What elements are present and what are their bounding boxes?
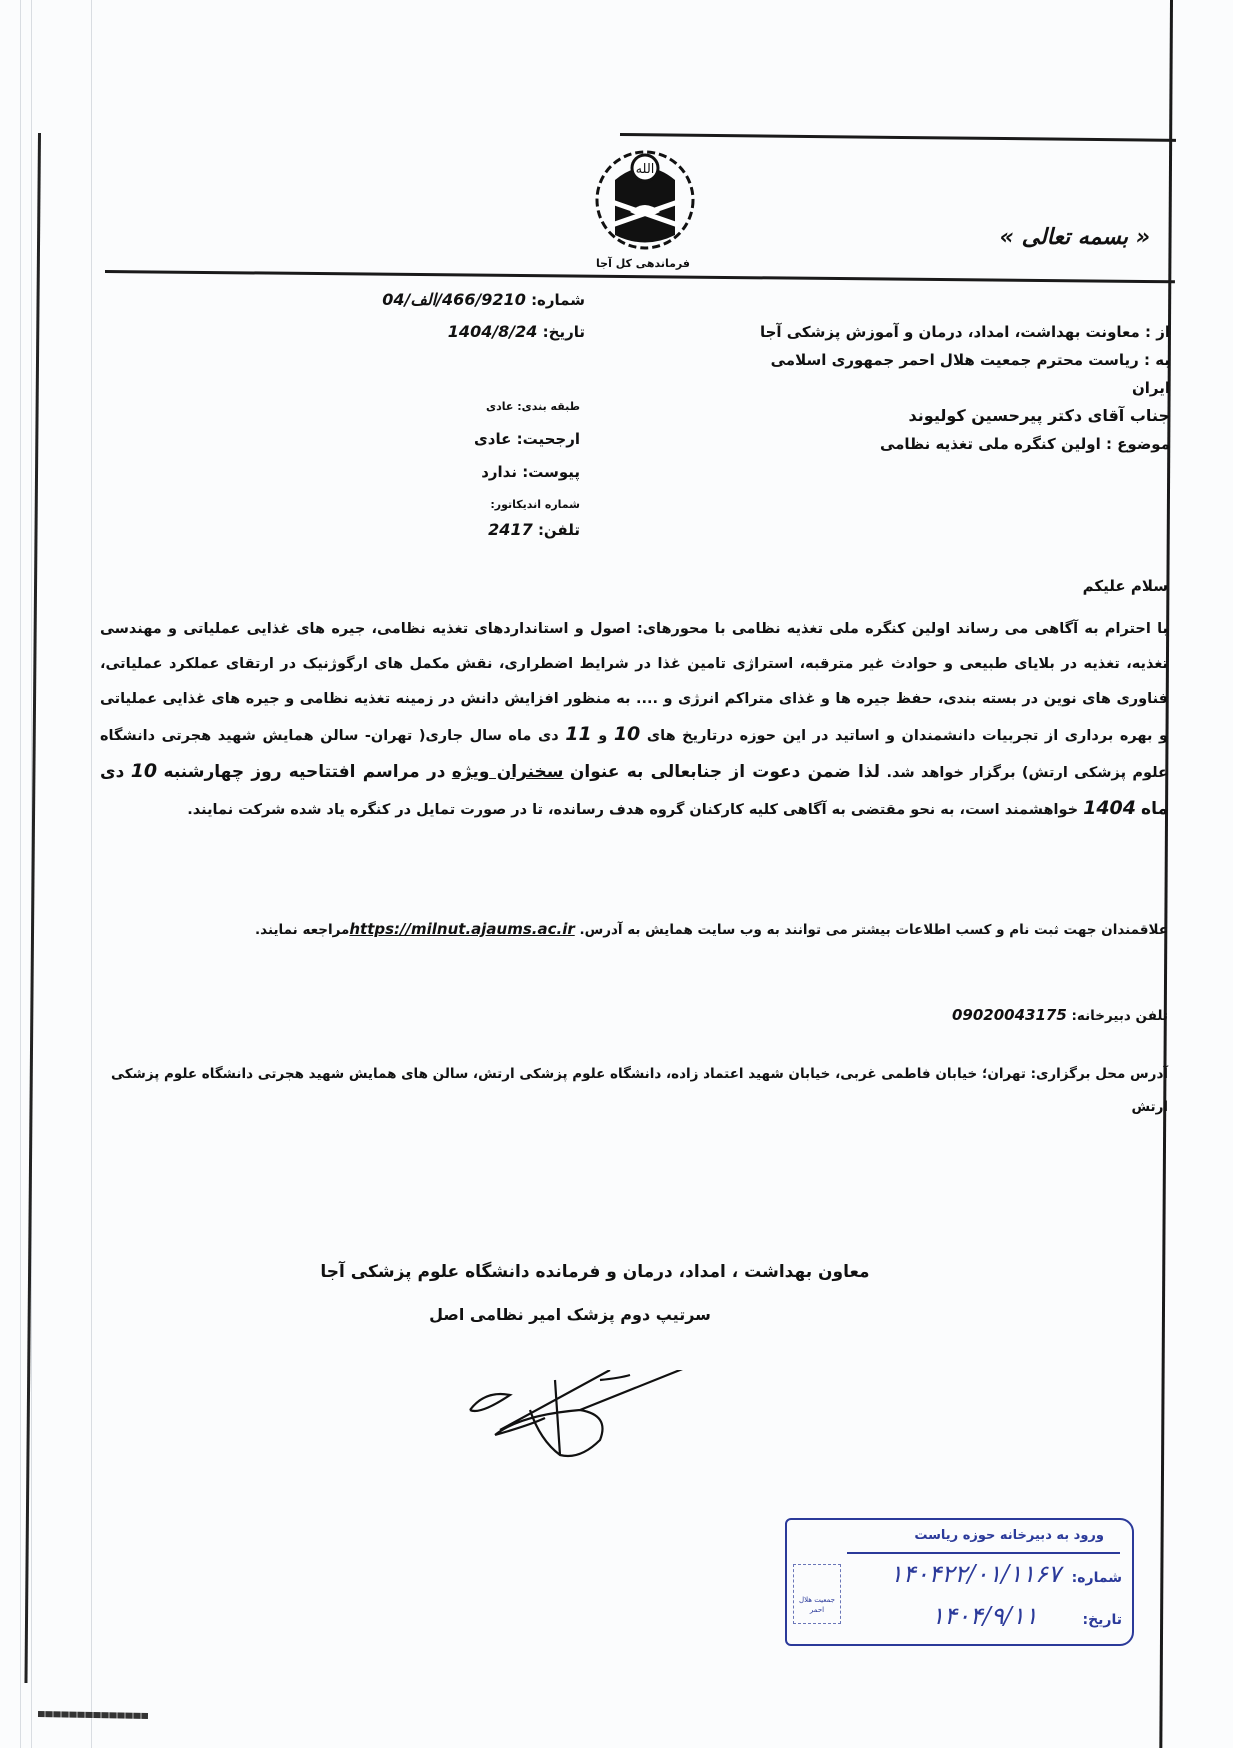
registration-prefix: علاقمندان جهت ثبت نام و کسب اطلاعات بیشت… [579,922,1168,938]
stamp-logo-caption: جمعیت هلال احمر [799,1596,835,1614]
body-text-4: در مراسم افتتاحیه روز چهارشنبه [164,762,446,782]
stamp-divider [847,1552,1120,1554]
stamp-date-label: تاریخ: [1082,1612,1122,1628]
header-rule [105,270,1175,283]
special-speaker: سخنران ویژه [452,762,564,782]
classification-label: طبقه بندی: [517,400,580,413]
stamp-title: ورود به دبیرخانه حوزه ریاست [914,1528,1104,1543]
classification-value: عادی [486,400,513,413]
secretariat-phone-label: تلفن دبیرخانه: [1071,1008,1168,1024]
secretariat-phone: تلفن دبیرخانه: 09020043175 [700,1006,1168,1024]
letter-header: از : معاونت بهداشت، امداد، درمان و آموزش… [730,318,1170,458]
emblem-caption: فرماندهی کل آجا [588,257,698,270]
from-line: از : معاونت بهداشت، امداد، درمان و آموزش… [730,318,1170,346]
body-paragraph: با احترام به آگاهی می رساند اولین کنگره … [100,612,1168,828]
scan-artifact [20,0,21,1748]
recipient-line: جناب آقای دکتر پیرحسین کولیوند [730,402,1170,430]
letter-number: شماره: 466/9210/الف/04 [360,290,585,309]
secretariat-phone-value: 09020043175 [952,1006,1067,1024]
signatory-title: معاون بهداشت ، امداد، درمان و فرمانده دا… [300,1262,890,1282]
letter-number-value: 466/9210/الف/04 [382,290,526,309]
event-day-2: 11 [565,723,591,745]
registration-suffix: مراجعه نمایند. [255,922,349,938]
page-border-bottom [38,1711,148,1719]
red-crescent-logo-icon: جمعیت هلال احمر [793,1564,841,1624]
page-border-left [24,133,41,1683]
stamp-date: تاریخ: ۱۴۰۴/۹/۱۱ [931,1602,1122,1630]
body-text-5: خواهشمند است، به نحو مقتضی به آگاهی کلیه… [187,802,1078,818]
invocation-heading: « بسمه تعالی » [930,225,1150,250]
priority-label: ارجحیت: [517,430,580,448]
opening-year: 1404 [1083,797,1136,819]
letter-number-label: شماره: [531,291,585,309]
phone: تلفن: 2417 [440,520,580,539]
phone-value: 2417 [488,520,533,539]
letter-date-label: تاریخ: [543,323,585,341]
stamp-number: شماره: ۱۴۰۴۲۲/۰۱/۱۱۶۷ [890,1560,1122,1588]
header-rule-top [620,133,1176,142]
conjunction: و [598,728,607,744]
stamp-number-label: شماره: [1072,1570,1122,1586]
svg-text:الله: الله [636,162,655,177]
greeting: سلام علیکم [600,577,1168,595]
event-day-1: 10 [614,723,640,745]
scan-artifact [91,0,92,1748]
classification: طبقه بندی: عادی [440,398,580,416]
registration-line: علاقمندان جهت ثبت نام و کسب اطلاعات بیشت… [100,920,1168,938]
indicator-number-label: شماره اندیکاتور: [440,496,580,514]
stamp-date-value: ۱۴۰۴/۹/۱۱ [931,1602,1037,1630]
venue-address: آدرس محل برگزاری: تهران؛ خیابان فاطمی غر… [100,1058,1168,1124]
registration-link[interactable]: https://milnut.ajaums.ac.ir [349,920,574,938]
army-emblem-icon: الله [590,140,700,270]
attachment-value: ندارد [481,463,517,481]
priority: ارجحیت: عادی [440,430,580,448]
page-border-right [1159,0,1173,1748]
body-text-3: لذا ضمن دعوت از جنابعالی به عنوان [570,762,880,782]
attachment-label: پیوست: [522,463,580,481]
attachment: پیوست: ندارد [440,463,580,481]
stamp-number-value: ۱۴۰۴۲۲/۰۱/۱۱۶۷ [890,1560,1061,1588]
phone-label: تلفن: [538,521,580,539]
signature-icon [440,1370,740,1500]
letter-date: تاریخ: 1404/8/24 [360,322,585,341]
subject-line: موضوع : اولین کنگره ملی تغذیه نظامی [730,430,1170,458]
receipt-stamp: ورود به دبیرخانه حوزه ریاست شماره: ۱۴۰۴۲… [785,1518,1134,1646]
to-line: به : ریاست محترم جمعیت هلال احمر جمهوری … [730,346,1170,402]
priority-value: عادی [474,430,511,448]
letter-date-value: 1404/8/24 [448,322,538,341]
opening-day: 10 [131,760,157,782]
signatory-name: سرتیپ دوم پزشک امیر نظامی اصل [380,1305,760,1324]
